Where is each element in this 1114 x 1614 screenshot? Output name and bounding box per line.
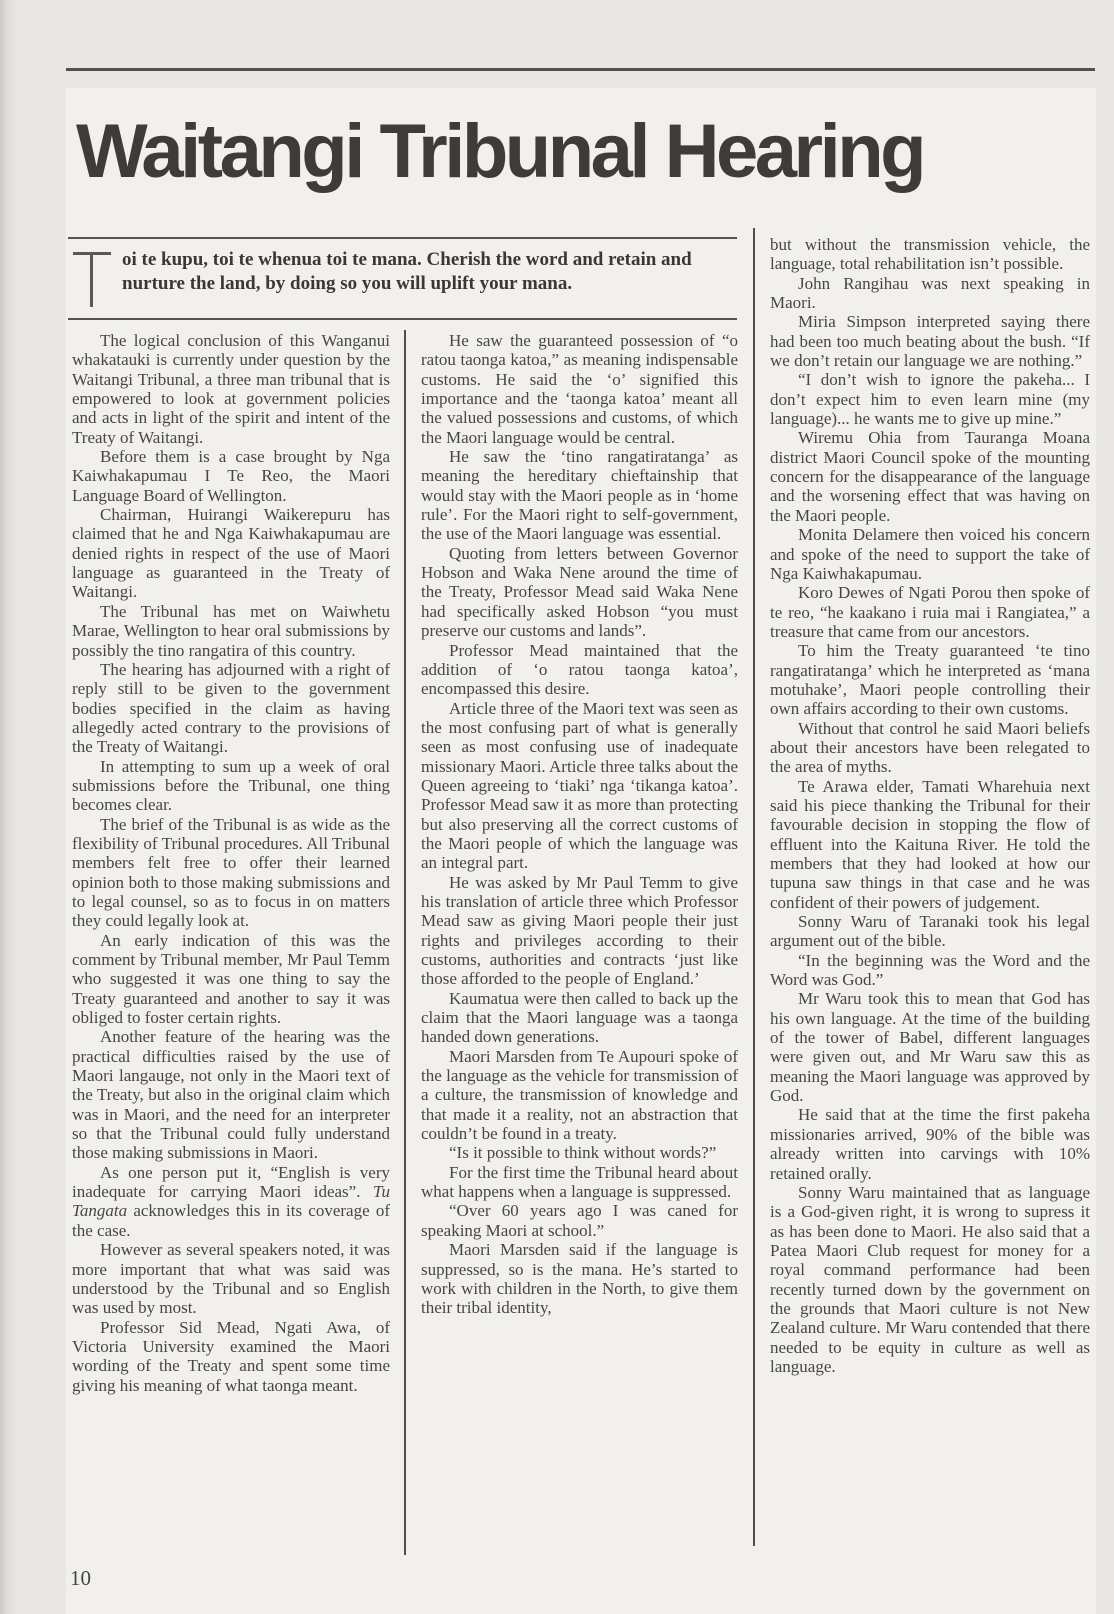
paragraph: An early indication of this was the comm… <box>72 931 390 1028</box>
paragraph: Article three of the Maori text was seen… <box>421 699 738 873</box>
paragraph: The brief of the Tribunal is as wide as … <box>72 815 390 931</box>
article-column-3: but without the transmission vehicle, th… <box>770 235 1090 1376</box>
paragraph: Professor Mead maintained that the addit… <box>421 641 738 699</box>
page-number: 10 <box>70 1566 91 1591</box>
paragraph: To him the Treaty guaranteed ‘te tino ra… <box>770 641 1090 718</box>
paragraph: “Is it possible to think without words?” <box>421 1143 738 1162</box>
paragraph: Wiremu Ohia from Tauranga Moana district… <box>770 428 1090 525</box>
paragraph: Professor Sid Mead, Ngati Awa, of Victor… <box>72 1318 390 1395</box>
paragraph: However as several speakers noted, it wa… <box>72 1240 390 1317</box>
paragraph: The Tribunal has met on Waiwhetu Marae, … <box>72 602 390 660</box>
article-column-2: He saw the guaranteed possession of “o r… <box>421 331 738 1318</box>
top-rule <box>66 68 1095 71</box>
paragraph: He saw the guaranteed possession of “o r… <box>421 331 738 447</box>
article-title: Waitangi Tribunal Hearing <box>76 112 923 192</box>
paragraph: In attempting to sum up a week of oral s… <box>72 757 390 815</box>
paragraph: For the first time the Tribunal heard ab… <box>421 1163 738 1202</box>
paragraph: Maori Marsden said if the language is su… <box>421 1240 738 1317</box>
paragraph: Kaumatua were then called to back up the… <box>421 989 738 1047</box>
paragraph: Sonny Waru of Taranaki took his legal ar… <box>770 912 1090 951</box>
paragraph: He saw the ‘tino rangatiratanga’ as mean… <box>421 447 738 544</box>
paragraph: “In the beginning was the Word and the W… <box>770 951 1090 990</box>
paragraph: John Rangihau was next speaking in Maori… <box>770 274 1090 313</box>
dropcap-letter-t: T <box>73 252 111 307</box>
dropcap-letter-text: T <box>73 252 74 253</box>
lead-text: oi te kupu, toi te whenua toi te mana. C… <box>122 248 728 295</box>
paragraph: Another feature of the hearing was the p… <box>72 1027 390 1162</box>
lead-paragraph-block: T oi te kupu, toi te whenua toi te mana.… <box>68 237 737 320</box>
paragraph: As one person put it, “English is very i… <box>72 1163 390 1240</box>
paragraph: Maori Marsden from Te Aupouri spoke of t… <box>421 1047 738 1144</box>
paragraph: Sonny Waru maintained that as language i… <box>770 1183 1090 1376</box>
paragraph: Monita Delamere then voiced his concern … <box>770 525 1090 583</box>
paragraph: Before them is a case brought by Nga Kai… <box>72 447 390 505</box>
paragraph: Te Arawa elder, Tamati Wharehuia next sa… <box>770 777 1090 912</box>
paragraph: “Over 60 years ago I was caned for speak… <box>421 1201 738 1240</box>
column-divider-2 <box>753 228 755 1546</box>
paragraph: Mr Waru took this to mean that God has h… <box>770 989 1090 1105</box>
article-column-1: The logical conclusion of this Wanganui … <box>72 331 390 1395</box>
paragraph: but without the transmission vehicle, th… <box>770 235 1090 274</box>
paragraph: “I don’t wish to ignore the pakeha... I … <box>770 370 1090 428</box>
paragraph: The hearing has adjourned with a right o… <box>72 660 390 757</box>
scan-left-edge-shadow <box>0 0 18 1614</box>
paragraph: Quoting from letters between Governor Ho… <box>421 544 738 641</box>
paragraph: Chairman, Huirangi Waikerepuru has claim… <box>72 505 390 602</box>
paragraph: The logical conclusion of this Wanganui … <box>72 331 390 447</box>
column-divider-1 <box>404 330 406 1555</box>
paragraph: Koro Dewes of Ngati Porou then spoke of … <box>770 583 1090 641</box>
scanned-magazine-page: Waitangi Tribunal Hearing T oi te kupu, … <box>0 0 1114 1614</box>
paragraph: He said that at the time the first pakeh… <box>770 1105 1090 1182</box>
paragraph: Miria Simpson interpreted saying there h… <box>770 312 1090 370</box>
paragraph: Without that control he said Maori belie… <box>770 719 1090 777</box>
paragraph: He was asked by Mr Paul Temm to give his… <box>421 873 738 989</box>
